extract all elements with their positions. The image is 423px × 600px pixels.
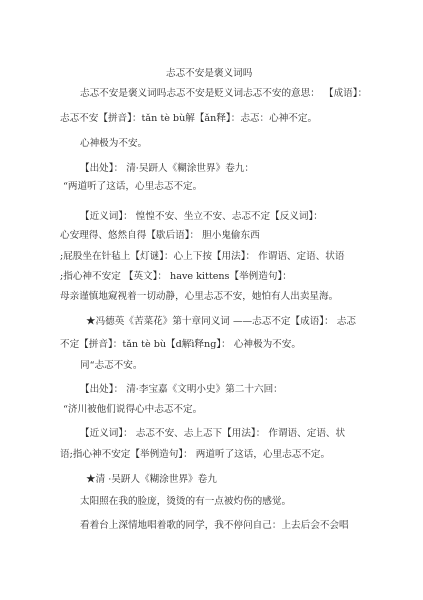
paragraph-line: 【成语】：	[324, 88, 367, 100]
paragraph-line: 忐忑不安【拼音】：tǎn tè bù解【ǎn释】：忐忑：心神不定。	[60, 113, 317, 125]
paragraph-line: 语;指心神不安定【举例造句】： 两道听了这话，心里忐忑不定。	[60, 449, 330, 461]
paragraph-line: 【出处】： 清·吴趼人《糊涂世界》卷九：	[80, 163, 254, 175]
paragraph-line: 【近义词】： 忐忑不安、忐上忑下【用法】： 作谓语、定语、状	[80, 428, 345, 440]
paragraph-line: 心神极为不安。	[80, 138, 147, 150]
paragraph-line: 忐忑不安是褒义词吗忐忑不安是贬义词忐忑不安的意思：	[80, 88, 320, 100]
paragraph-line: 母亲谨慎地窥视着一切动静，心里忐忑不安，她怕有人出卖星海。	[60, 291, 338, 303]
paragraph-line: ★冯德英《苦菜花》第十章同义词 ——忐忑不定【成语】： 忐忑	[86, 316, 356, 328]
paragraph-line: 太阳照在我的脸庞，烫烫的有一点被灼伤的感觉。	[80, 496, 291, 508]
paragraph-line: ;指心神不安定 【英文】： have kittens【举例造句】：	[60, 271, 292, 283]
paragraph-line: 不定【拼音】：tǎn tè bù【d解ì释ng】： 心神极为不安。	[60, 339, 301, 351]
paragraph-line: “济川被他们说得心中忐忑不定。	[63, 404, 202, 416]
paragraph-line: 【近义词】： 惶惶不安、坐立不安、忐忑不定【反义词】：	[80, 211, 323, 223]
document-page: 忐忑不安是褒义词吗 忐忑不安是褒义词吗忐忑不安是贬义词忐忑不安的意思： 【成语】…	[0, 0, 423, 600]
paragraph-line: 看着台上深情地唱着歌的同学，我不停问自己：上去后会不会唱	[80, 520, 349, 532]
paragraph-line: 【出处】： 清·李宝嘉《文明小史》第二十六回：	[80, 384, 283, 396]
paragraph-line: “两道听了这话，心里忐忑不定。	[63, 181, 202, 193]
paragraph-line: 心安理得、悠然自得【歇后语】： 胆小鬼偷东西	[60, 230, 260, 242]
paragraph-line: 同“忐忑不安。	[80, 360, 142, 372]
paragraph-line: ;屁股坐在针毡上【灯谜】：心上下按【用法】： 作谓语、定语、状语	[60, 251, 345, 263]
document-title: 忐忑不安是褒义词吗	[166, 68, 252, 80]
paragraph-line: ★清 ·吴趼人《糊涂世界》卷九	[86, 474, 217, 486]
